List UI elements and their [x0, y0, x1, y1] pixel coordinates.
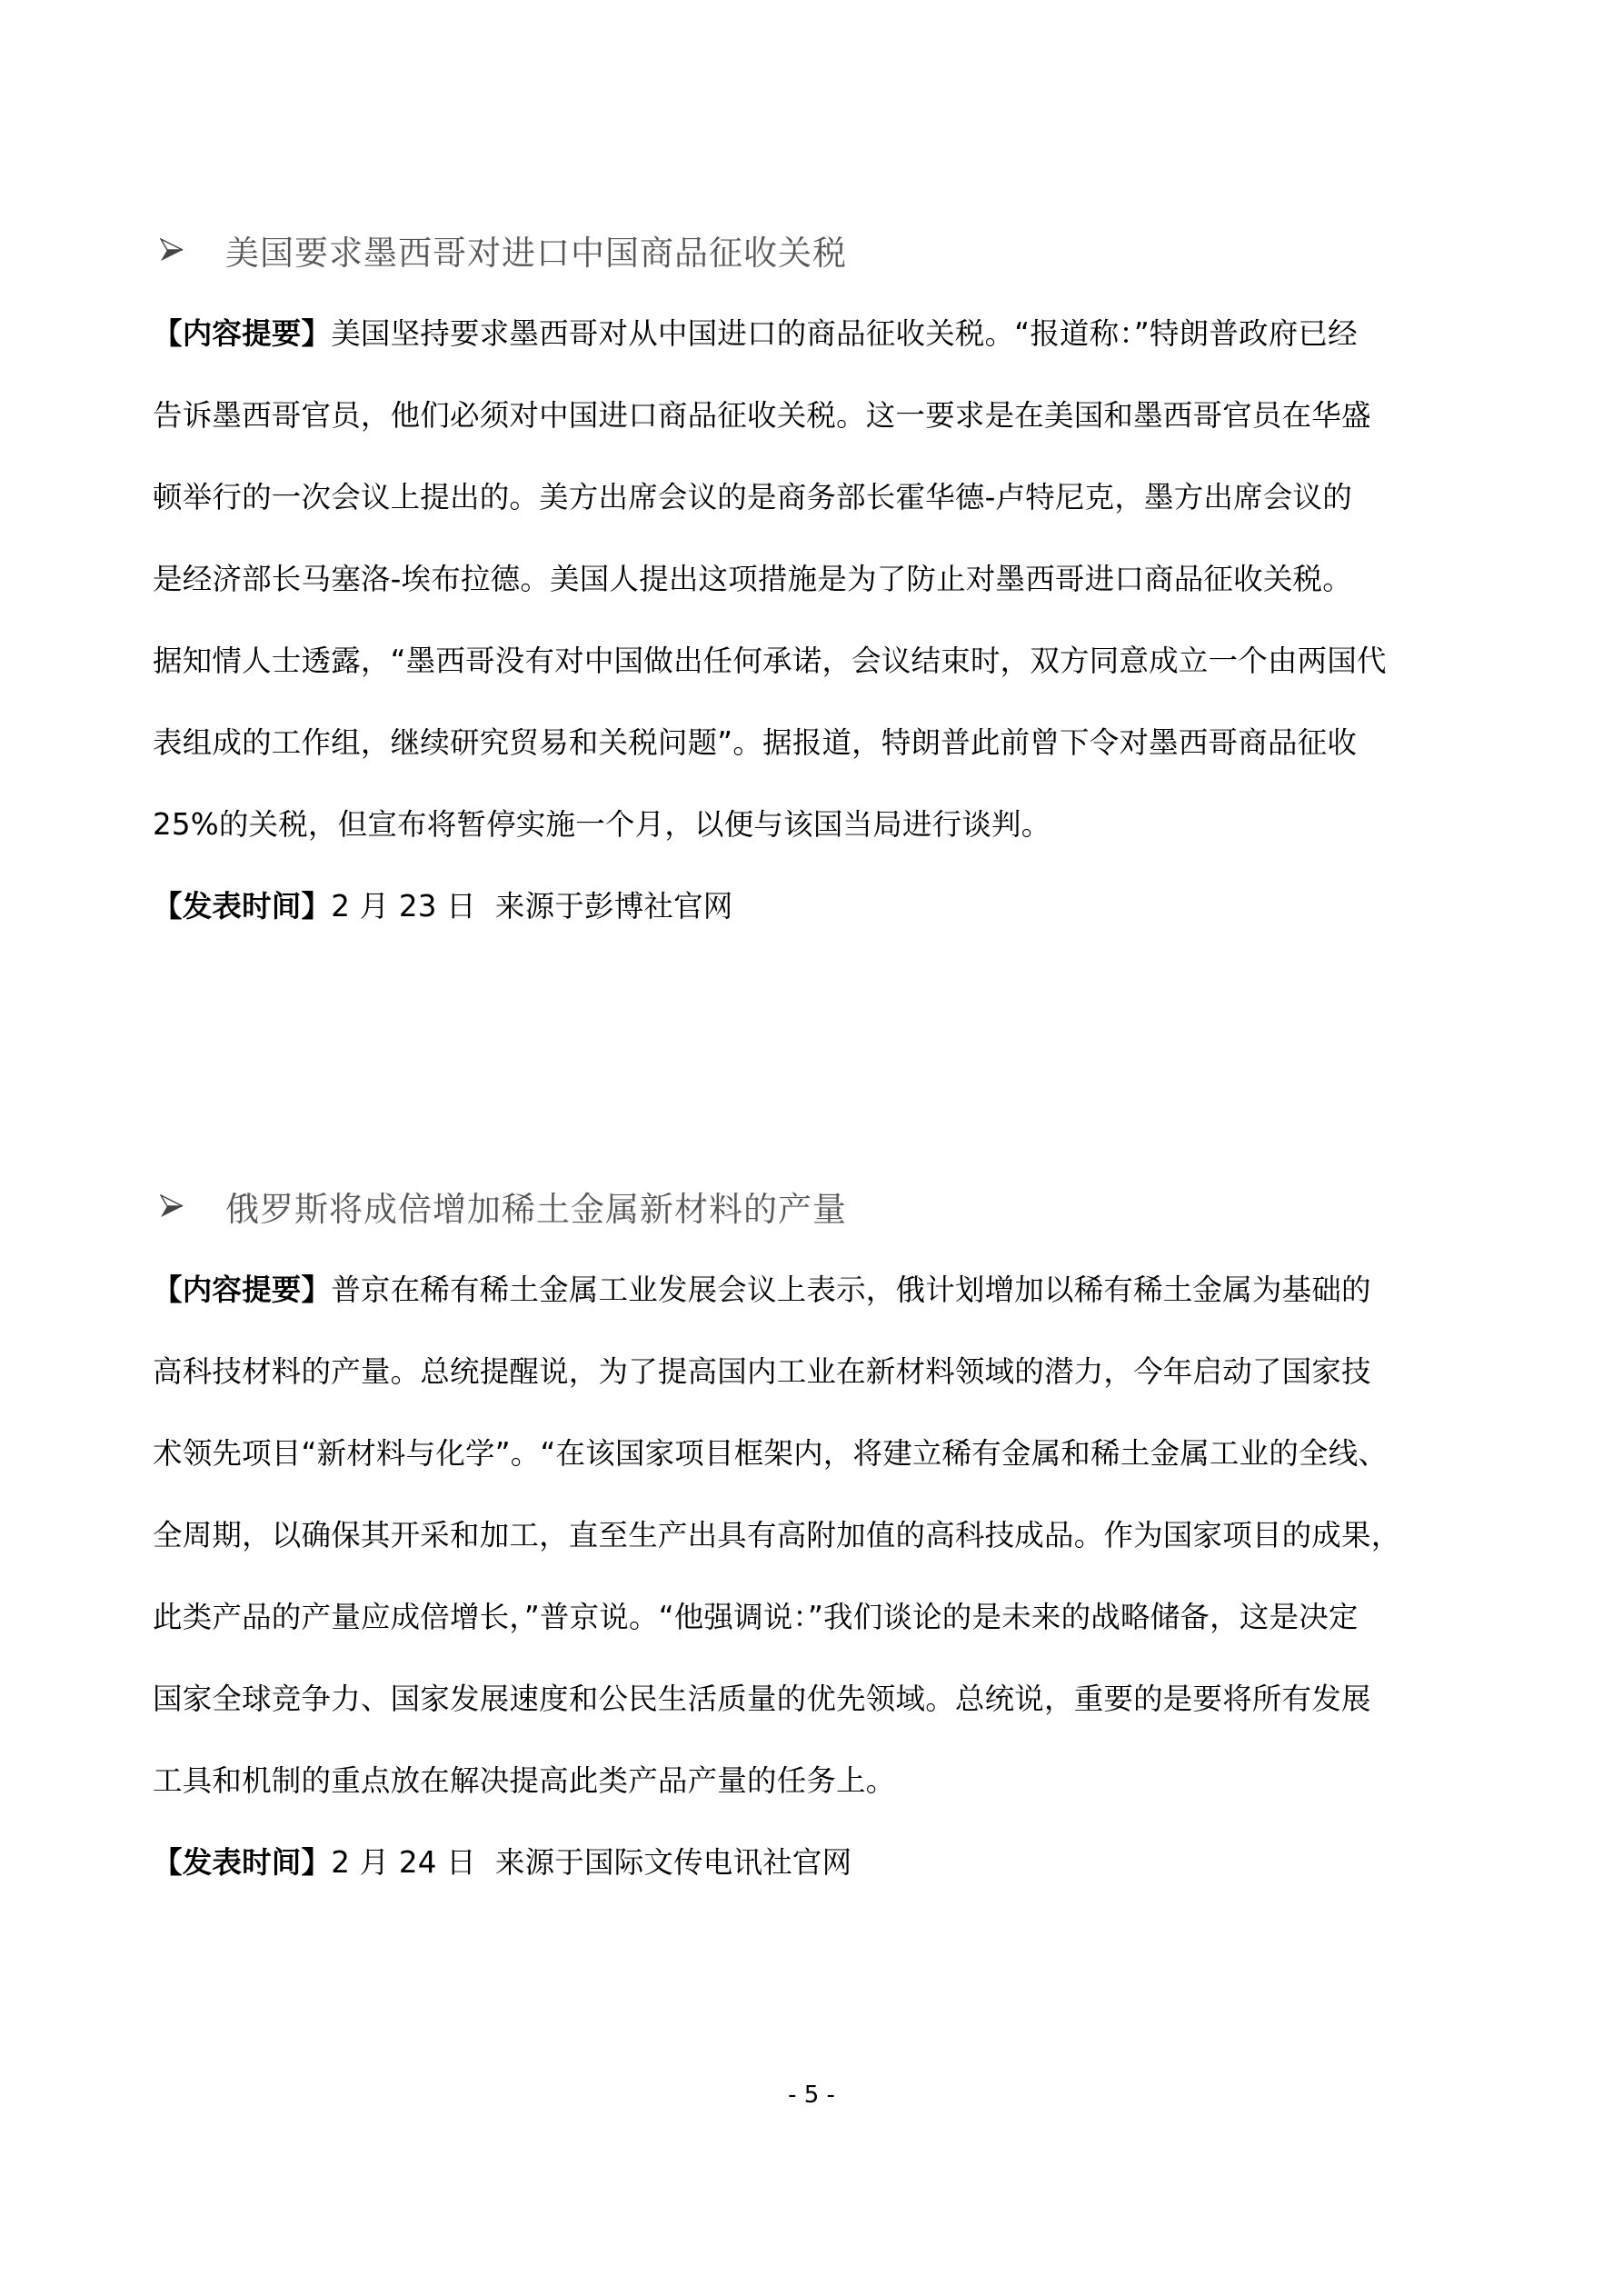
- publish-date: 2 月 23 日: [331, 889, 476, 923]
- summary-line: 【内容提要】普京在稀有稀土金属工业发展会议上表示，俄计划增加以稀有稀土金属为基础…: [153, 1249, 1479, 1331]
- arrowhead-bullet-icon: [160, 238, 184, 262]
- summary-line: 工具和机制的重点放在解决提高此类产品产量的任务上。: [153, 1740, 1479, 1822]
- summary-line: 全周期，以确保其开采和加工，直至生产出具有高附加值的高科技成品。作为国家项目的成…: [153, 1494, 1479, 1576]
- summary-line: 高科技材料的产量。总统提醒说，为了提高国内工业在新材料领域的潜力，今年启动了国家…: [153, 1331, 1479, 1413]
- summary-line: 据知情人士透露，“墨西哥没有对中国做出任何承诺，会议结束时，双方同意成立一个由两…: [153, 620, 1479, 702]
- summary-line: 国家全球竞争力、国家发展速度和公民生活质量的优先领域。总统说，重要的是要将所有发…: [153, 1658, 1479, 1740]
- news-item-2: 俄罗斯将成倍增加稀土金属新材料的产量 【内容提要】普京在稀有稀土金属工业发展会议…: [153, 1174, 1479, 1903]
- date-label: 【发表时间】: [153, 889, 331, 923]
- summary-line: 术领先项目“新材料与化学”。“在该国家项目框架内，将建立稀有金属和稀土金属工业的…: [153, 1413, 1479, 1494]
- news-heading: 俄罗斯将成倍增加稀土金属新材料的产量: [153, 1174, 1479, 1238]
- news-source: 来源于国际文传电讯社官网: [495, 1845, 851, 1880]
- summary-label: 【内容提要】: [153, 316, 331, 351]
- summary-line: 【内容提要】美国坚持要求墨西哥对从中国进口的商品征收关税。“报道称：”特朗普政府…: [153, 293, 1479, 374]
- summary-line: 25%的关税，但宣布将暂停实施一个月，以便与该国当局进行谈判。: [153, 784, 1479, 865]
- document-page: 美国要求墨西哥对进口中国商品征收关税 【内容提要】美国坚持要求墨西哥对从中国进口…: [0, 0, 1623, 2296]
- arrowhead-bullet-icon: [160, 1194, 184, 1218]
- summary-line: 表组成的工作组，继续研究贸易和关税问题”。据报道，特朗普此前曾下令对墨西哥商品征…: [153, 702, 1479, 784]
- date-label: 【发表时间】: [153, 1845, 331, 1880]
- publish-info: 【发表时间】2 月 23 日 来源于彭博社官网: [153, 865, 1479, 947]
- news-source: 来源于彭博社官网: [495, 889, 733, 923]
- summary-line: 此类产品的产量应成倍增长，”普京说。“他强调说：”我们谈论的是未来的战略储备，这…: [153, 1576, 1479, 1658]
- news-summary: 【内容提要】美国坚持要求墨西哥对从中国进口的商品征收关税。“报道称：”特朗普政府…: [153, 293, 1479, 947]
- news-title: 美国要求墨西哥对进口中国商品征收关税: [225, 225, 847, 275]
- page-number: - 5 -: [0, 2081, 1623, 2109]
- summary-line: 顿举行的一次会议上提出的。美方出席会议的是商务部长霍华德-卢特尼克，墨方出席会议…: [153, 456, 1479, 538]
- summary-line: 告诉墨西哥官员，他们必须对中国进口商品征收关税。这一要求是在美国和墨西哥官员在华…: [153, 374, 1479, 456]
- news-heading: 美国要求墨西哥对进口中国商品征收关税: [153, 218, 1479, 282]
- summary-label: 【内容提要】: [153, 1273, 331, 1307]
- publish-info: 【发表时间】2 月 24 日 来源于国际文传电讯社官网: [153, 1822, 1479, 1903]
- publish-date: 2 月 24 日: [331, 1845, 476, 1880]
- news-title: 俄罗斯将成倍增加稀土金属新材料的产量: [225, 1182, 847, 1231]
- news-item-1: 美国要求墨西哥对进口中国商品征收关税 【内容提要】美国坚持要求墨西哥对从中国进口…: [153, 218, 1479, 947]
- summary-line: 是经济部长马塞洛-埃布拉德。美国人提出这项措施是为了防止对墨西哥进口商品征收关税…: [153, 538, 1479, 620]
- news-summary: 【内容提要】普京在稀有稀土金属工业发展会议上表示，俄计划增加以稀有稀土金属为基础…: [153, 1249, 1479, 1903]
